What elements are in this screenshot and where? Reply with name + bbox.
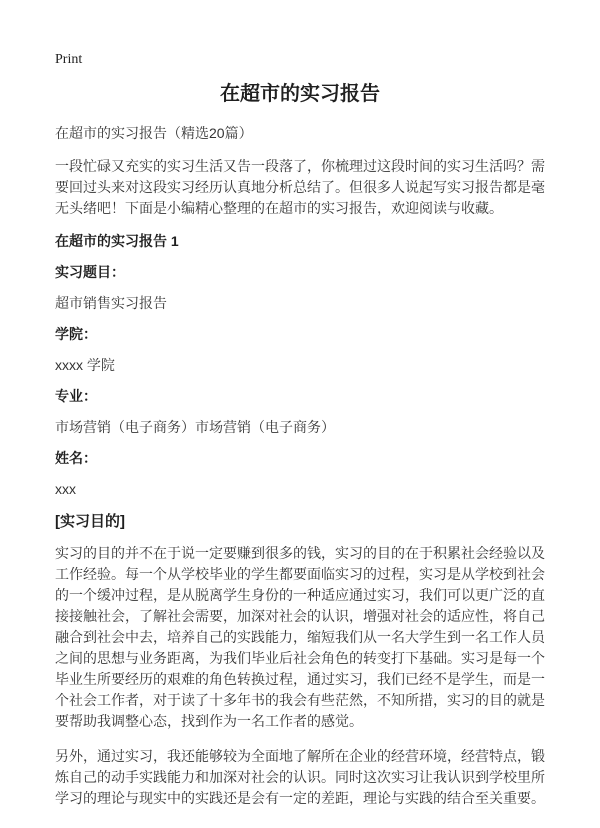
print-button[interactable]: Print: [55, 50, 82, 69]
field-value-college: xxxx 学院: [55, 355, 545, 376]
document-subtitle: 在超市的实习报告（精选20篇）: [55, 123, 545, 144]
field-value-name: xxx: [55, 479, 545, 500]
field-label-college: 学院：: [55, 324, 545, 345]
field-label-major: 专业：: [55, 386, 545, 407]
field-label-name: 姓名：: [55, 448, 545, 469]
purpose-paragraph: 实习的目的并不在于说一定要赚到很多的钱，实习的目的在于积累社会经验以及工作经验。…: [55, 543, 545, 732]
section-title: 在超市的实习报告 1: [55, 231, 545, 252]
field-label-topic: 实习题目：: [55, 262, 545, 283]
field-value-major: 市场营销（电子商务）市场营销（电子商务）: [55, 417, 545, 438]
field-value-topic: 超市销售实习报告: [55, 293, 545, 314]
document-page: Print 在超市的实习报告 在超市的实习报告（精选20篇） 一段忙碌又充实的实…: [0, 0, 600, 828]
intro-paragraph: 一段忙碌又充实的实习生活又告一段落了，你梳理过这段时间的实习生活吗？需要回过头来…: [55, 156, 545, 219]
purpose-heading: [实习目的]: [55, 511, 545, 532]
page-title: 在超市的实习报告: [55, 81, 545, 107]
closing-paragraph: 另外，通过实习，我还能够较为全面地了解所在企业的经营环境，经营特点，锻炼自己的动…: [55, 746, 545, 809]
